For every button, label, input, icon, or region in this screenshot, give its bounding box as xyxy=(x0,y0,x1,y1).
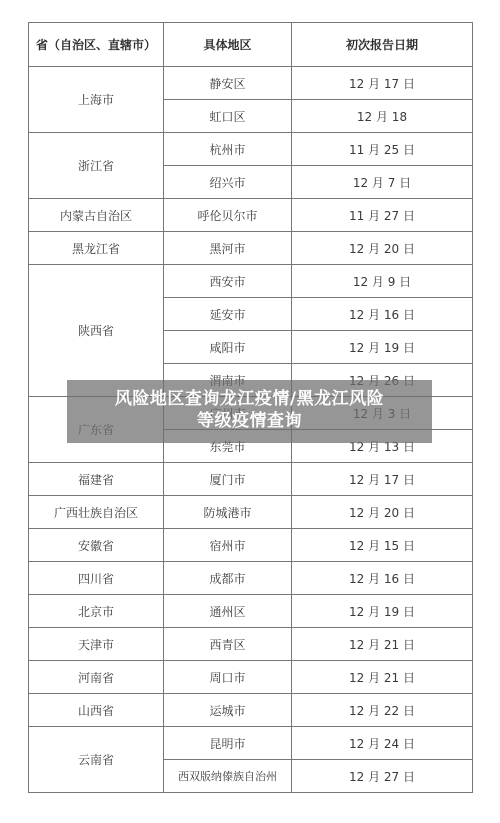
area-cell: 西安市 xyxy=(164,265,292,298)
header-province: 省（自治区、直辖市） xyxy=(29,23,164,67)
province-cell: 浙江省 xyxy=(29,133,164,199)
table-row: 山西省运城市12 月 22 日 xyxy=(29,694,473,727)
date-cell: 12 月 16 日 xyxy=(292,298,473,331)
province-cell: 北京市 xyxy=(29,595,164,628)
province-cell: 广西壮族自治区 xyxy=(29,496,164,529)
date-cell: 12 月 9 日 xyxy=(292,265,473,298)
header-date: 初次报告日期 xyxy=(292,23,473,67)
province-cell: 河南省 xyxy=(29,661,164,694)
date-cell: 12 月 22 日 xyxy=(292,694,473,727)
area-cell: 绍兴市 xyxy=(164,166,292,199)
date-cell: 12 月 19 日 xyxy=(292,331,473,364)
date-cell: 12 月 17 日 xyxy=(292,463,473,496)
date-cell: 12 月 21 日 xyxy=(292,661,473,694)
table-row: 安徽省宿州市12 月 15 日 xyxy=(29,529,473,562)
area-cell: 延安市 xyxy=(164,298,292,331)
province-cell: 上海市 xyxy=(29,67,164,133)
table-header-row: 省（自治区、直辖市） 具体地区 初次报告日期 xyxy=(29,23,473,67)
area-cell: 静安区 xyxy=(164,67,292,100)
date-cell: 12 月 20 日 xyxy=(292,496,473,529)
province-cell: 安徽省 xyxy=(29,529,164,562)
area-cell: 黑河市 xyxy=(164,232,292,265)
area-cell: 宿州市 xyxy=(164,529,292,562)
area-cell: 呼伦贝尔市 xyxy=(164,199,292,232)
area-cell: 咸阳市 xyxy=(164,331,292,364)
table-row: 四川省成都市12 月 16 日 xyxy=(29,562,473,595)
date-cell: 11 月 27 日 xyxy=(292,199,473,232)
date-cell: 12 月 17 日 xyxy=(292,67,473,100)
table-row: 黑龙江省黑河市12 月 20 日 xyxy=(29,232,473,265)
date-cell: 12 月 18 xyxy=(292,100,473,133)
table-row: 浙江省杭州市11 月 25 日 xyxy=(29,133,473,166)
table-row: 北京市通州区12 月 19 日 xyxy=(29,595,473,628)
table-row: 陕西省西安市12 月 9 日 xyxy=(29,265,473,298)
province-cell: 陕西省 xyxy=(29,265,164,397)
area-cell: 厦门市 xyxy=(164,463,292,496)
date-cell: 12 月 16 日 xyxy=(292,562,473,595)
date-cell: 12 月 24 日 xyxy=(292,727,473,760)
overlay-title-line1: 风险地区查询龙江疫情/黑龙江风险 xyxy=(67,388,432,410)
header-area: 具体地区 xyxy=(164,23,292,67)
province-cell: 内蒙古自治区 xyxy=(29,199,164,232)
date-cell: 12 月 19 日 xyxy=(292,595,473,628)
title-overlay-banner: 风险地区查询龙江疫情/黑龙江风险 等级疫情查询 xyxy=(67,380,432,443)
table-row: 内蒙古自治区呼伦贝尔市11 月 27 日 xyxy=(29,199,473,232)
area-cell: 西青区 xyxy=(164,628,292,661)
province-cell: 四川省 xyxy=(29,562,164,595)
area-cell: 虹口区 xyxy=(164,100,292,133)
province-cell: 福建省 xyxy=(29,463,164,496)
table-row: 天津市西青区12 月 21 日 xyxy=(29,628,473,661)
date-cell: 12 月 27 日 xyxy=(292,760,473,793)
overlay-title-line2: 等级疫情查询 xyxy=(67,410,432,432)
province-cell: 天津市 xyxy=(29,628,164,661)
area-cell: 西双版纳傣族自治州 xyxy=(164,760,292,793)
table-row: 云南省昆明市12 月 24 日 xyxy=(29,727,473,760)
area-cell: 通州区 xyxy=(164,595,292,628)
date-cell: 12 月 20 日 xyxy=(292,232,473,265)
date-cell: 12 月 21 日 xyxy=(292,628,473,661)
date-cell: 11 月 25 日 xyxy=(292,133,473,166)
table-row: 河南省周口市12 月 21 日 xyxy=(29,661,473,694)
area-cell: 运城市 xyxy=(164,694,292,727)
table-row: 上海市静安区12 月 17 日 xyxy=(29,67,473,100)
province-cell: 云南省 xyxy=(29,727,164,793)
area-cell: 杭州市 xyxy=(164,133,292,166)
area-cell: 成都市 xyxy=(164,562,292,595)
date-cell: 12 月 7 日 xyxy=(292,166,473,199)
table-row: 福建省厦门市12 月 17 日 xyxy=(29,463,473,496)
area-cell: 周口市 xyxy=(164,661,292,694)
province-cell: 山西省 xyxy=(29,694,164,727)
area-cell: 昆明市 xyxy=(164,727,292,760)
table-row: 广西壮族自治区防城港市12 月 20 日 xyxy=(29,496,473,529)
area-cell: 防城港市 xyxy=(164,496,292,529)
province-cell: 黑龙江省 xyxy=(29,232,164,265)
date-cell: 12 月 15 日 xyxy=(292,529,473,562)
